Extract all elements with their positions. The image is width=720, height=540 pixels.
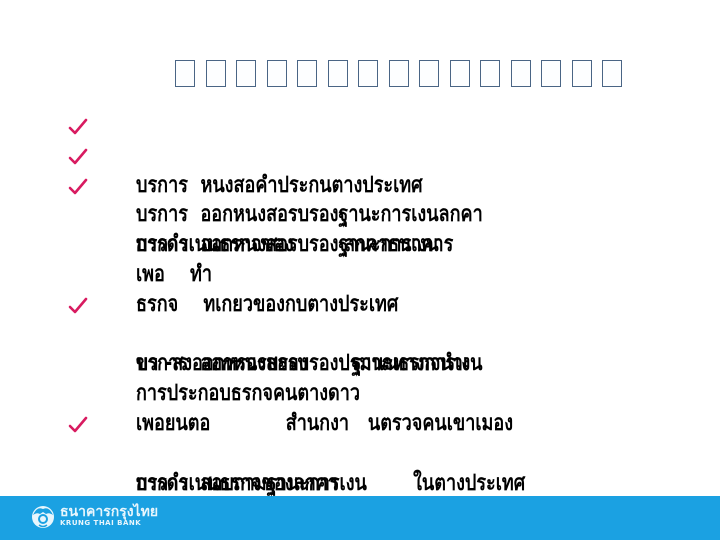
title-missing-glyph-box <box>328 60 348 87</box>
title-missing-glyph-box <box>602 60 622 87</box>
title-missing-glyph-box <box>297 60 317 87</box>
bullet-item: บรการ หนงสอคำประกนตางประเทศ <box>68 111 718 141</box>
bullet-continuation: เพอยนตอ สำนกงา นตรวจคนเขาเมอง <box>68 379 718 409</box>
title-missing-glyph-box <box>450 60 470 87</box>
title-missing-glyph-box <box>541 60 561 87</box>
title-missing-glyph-box <box>572 60 592 87</box>
garuda-bird-icon <box>30 503 56 529</box>
bullet-list: บรการ หนงสอคำประกนตางประเทศ บรการ ออกหนง… <box>68 111 718 469</box>
title-missing-glyph-box <box>358 60 378 87</box>
title-missing-glyph-box <box>206 60 226 87</box>
title-missing-glyph-box <box>511 60 531 87</box>
title-missing-glyph-box <box>267 60 287 87</box>
bullet-item: บรการ ออกหนงสอรบรองฐานะการเงนลกคา <box>68 141 718 171</box>
checkmark-icon <box>68 178 88 196</box>
bullet-text: การดำเนนธรกจของลกคา ในตางประเทศ <box>136 469 525 499</box>
slide-title <box>175 60 622 87</box>
slide: ธนาคารกรุงไทย KRUNG THAI BANK บรการ หนงส… <box>0 0 720 540</box>
bullet-item: บรการ สอบถามฐานะการเงน <box>68 409 718 439</box>
title-missing-glyph-box <box>480 60 500 87</box>
checkmark-icon <box>68 416 88 434</box>
bullet-continuation: ธรกจ ทเกยวของกบตางประเทศ <box>68 260 718 290</box>
checkmark-icon <box>68 148 88 166</box>
bullet-continuation: ขา -สงออกหรอรบรอง ฐานะทางการเงน <box>68 320 718 350</box>
bullet-continuation: เพอ ทำ <box>68 230 718 260</box>
bullet-continuation: การประกอบธรกจคนตางดาว <box>68 349 718 379</box>
title-missing-glyph-box <box>236 60 256 87</box>
bullet-item: บรการ ออกหนงสอรบรองฐานะการเงน <box>68 171 718 201</box>
bullet-item: บรการ ออกหนงสอรบรองปรมาณธรกจนำเ <box>68 290 718 320</box>
title-missing-glyph-box <box>419 60 439 87</box>
checkmark-icon <box>68 118 88 136</box>
title-missing-glyph-box <box>175 60 195 87</box>
bullet-continuation: การดำเนนธรกจของลกคา ในตางประเทศ <box>68 439 718 469</box>
bullet-continuation: การดำเนนธรกจของ ลกคาธนาคาร <box>68 200 718 230</box>
checkmark-icon <box>68 297 88 315</box>
title-missing-glyph-box <box>389 60 409 87</box>
